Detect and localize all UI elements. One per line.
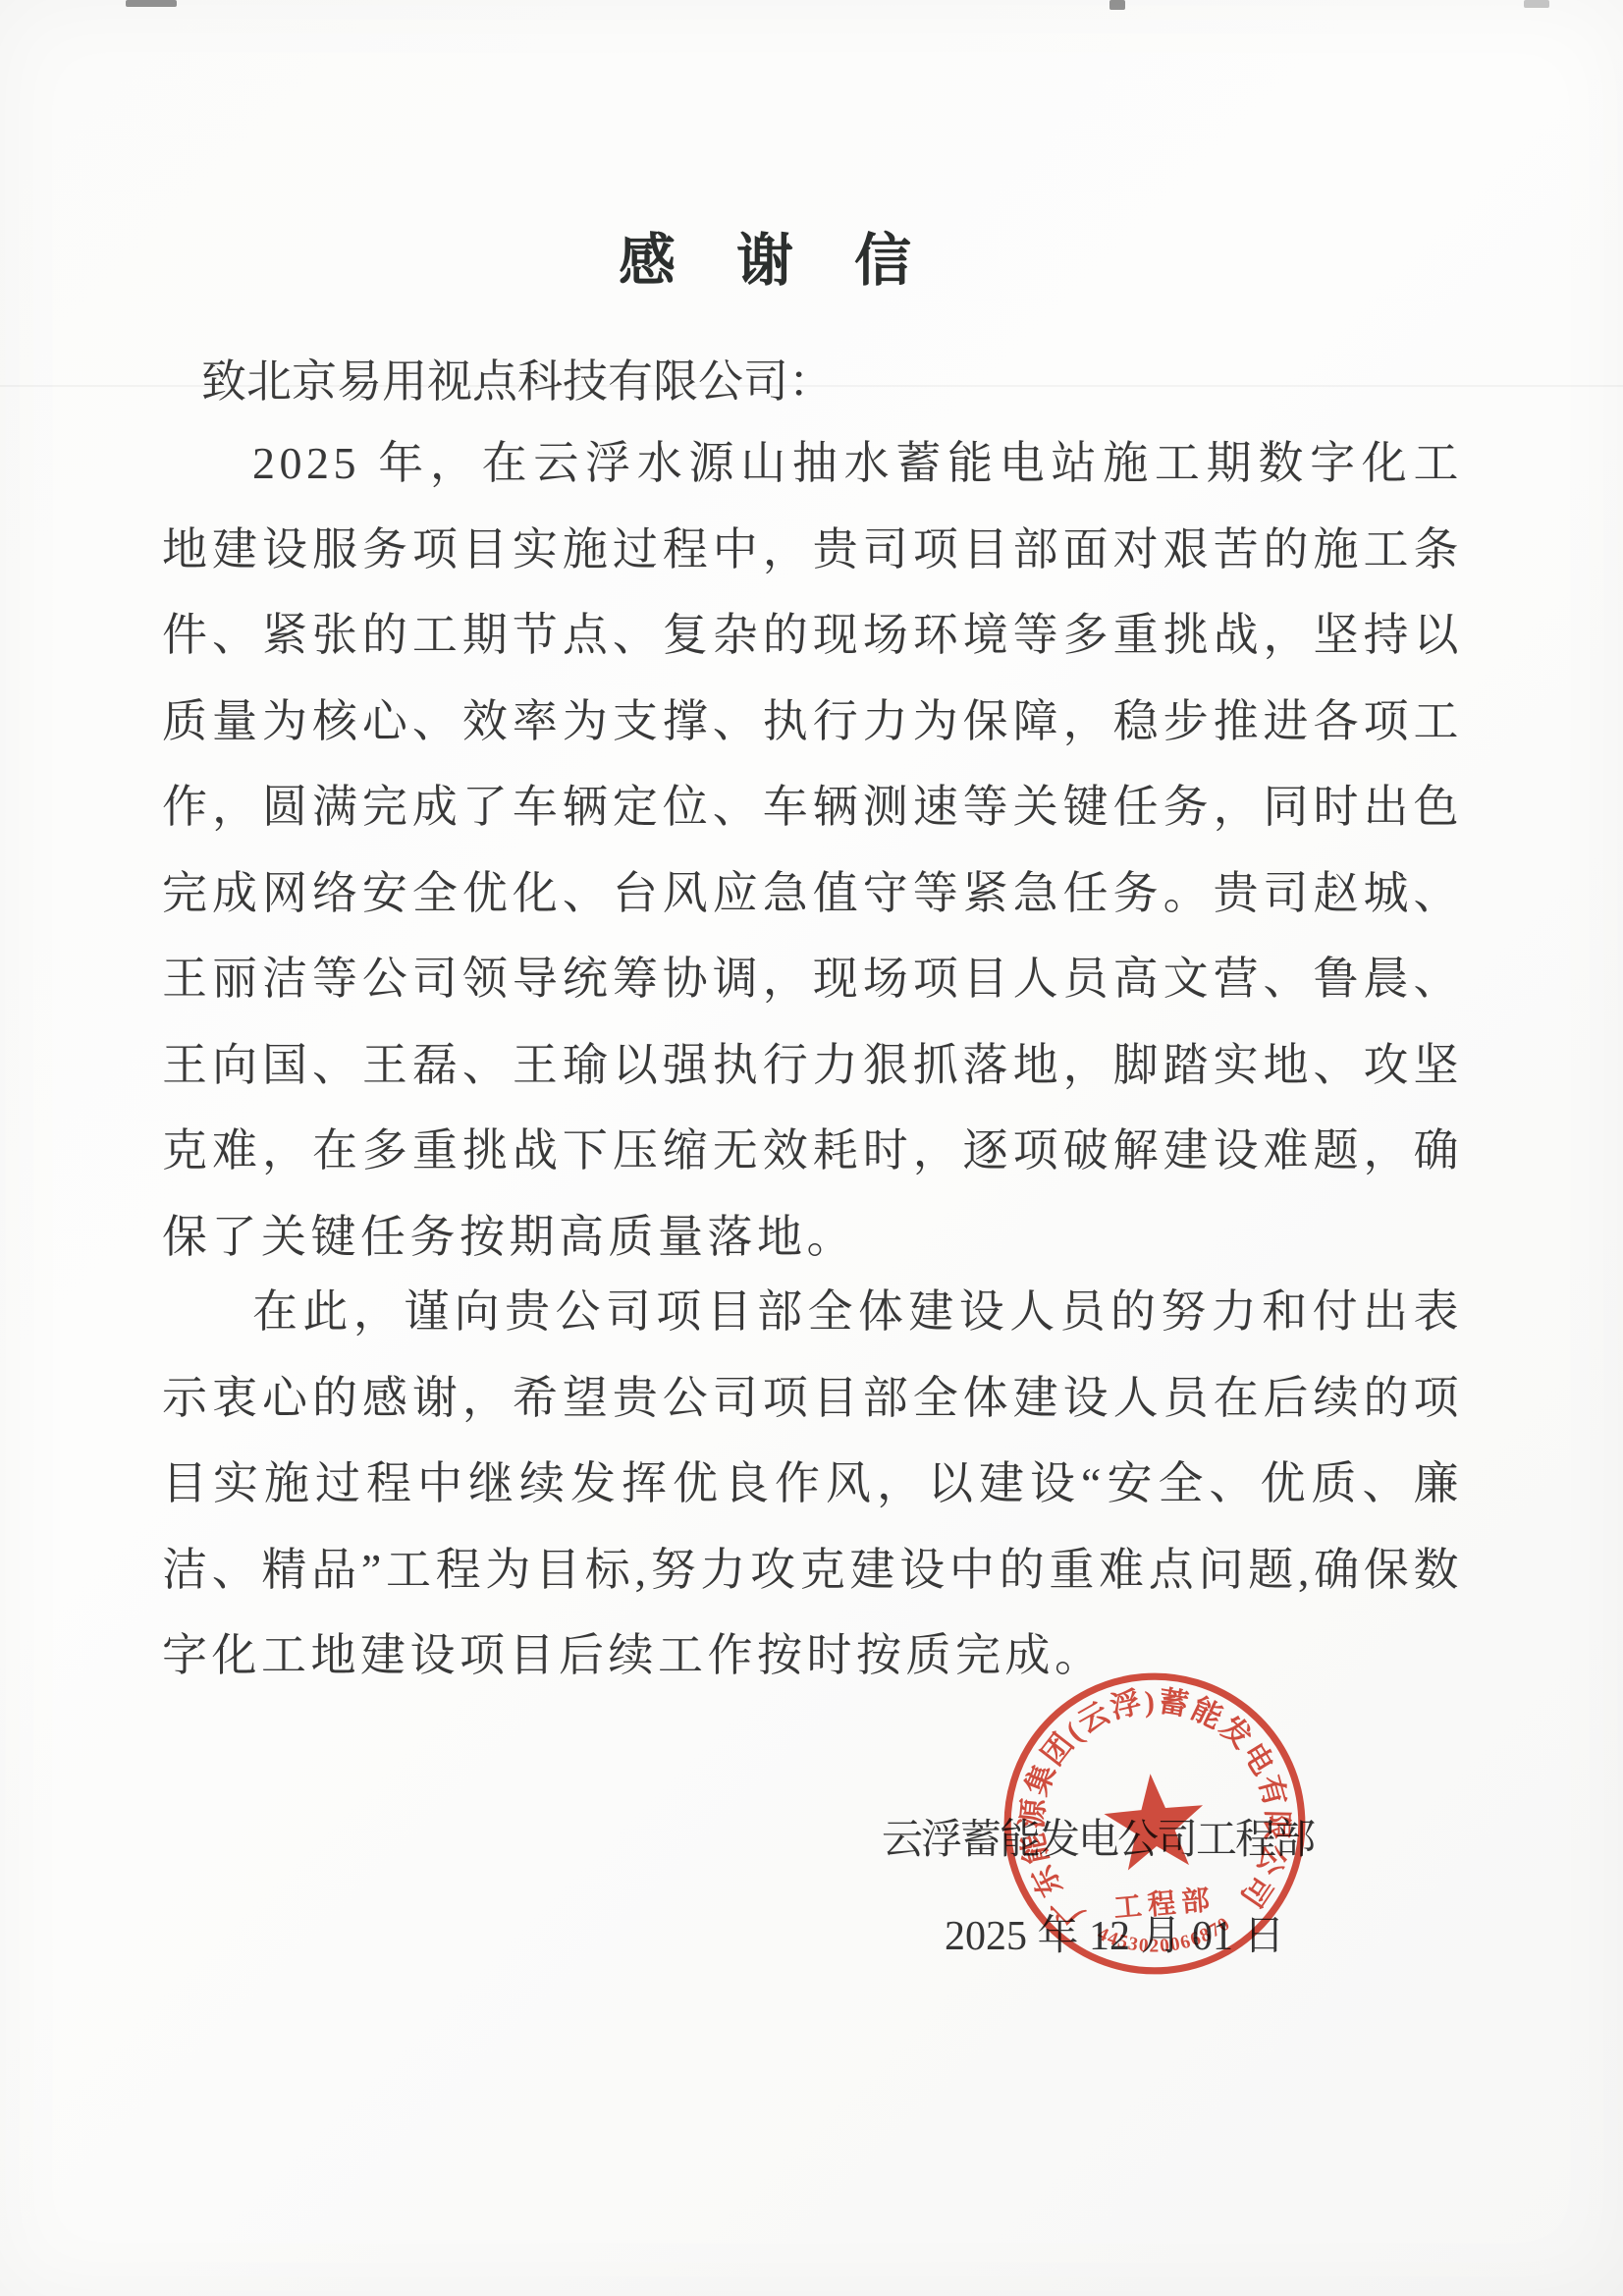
paragraph-1: 2025 年，在云浮水源山抽水蓄能电站施工期数字化工地建设服务项目实施过程中，贵… <box>162 420 1463 1280</box>
seal-center-label: 工程部 <box>1112 1885 1217 1925</box>
scan-artifact <box>1109 0 1125 10</box>
paragraph-2: 在此，谨向贵公司项目部全体建设人员的努力和付出表示衷心的感谢，希望贵公司项目部全… <box>162 1269 1463 1699</box>
seal-graphic: 广东能源集团(云浮)蓄能发电有限公司 工程部 4453020066870 <box>986 1649 1324 1998</box>
salutation: 致北京易用视点科技有限公司： <box>201 346 834 410</box>
scan-artifact <box>126 0 177 7</box>
official-seal: 广东能源集团(云浮)蓄能发电有限公司 工程部 4453020066870 <box>986 1649 1324 1998</box>
seal-star-icon <box>1101 1770 1208 1872</box>
letter-title: 感 谢 信 <box>0 214 1532 297</box>
letter-page: 感 谢 信 致北京易用视点科技有限公司： 2025 年，在云浮水源山抽水蓄能电站… <box>0 0 1623 2296</box>
scan-artifact <box>1524 0 1549 8</box>
